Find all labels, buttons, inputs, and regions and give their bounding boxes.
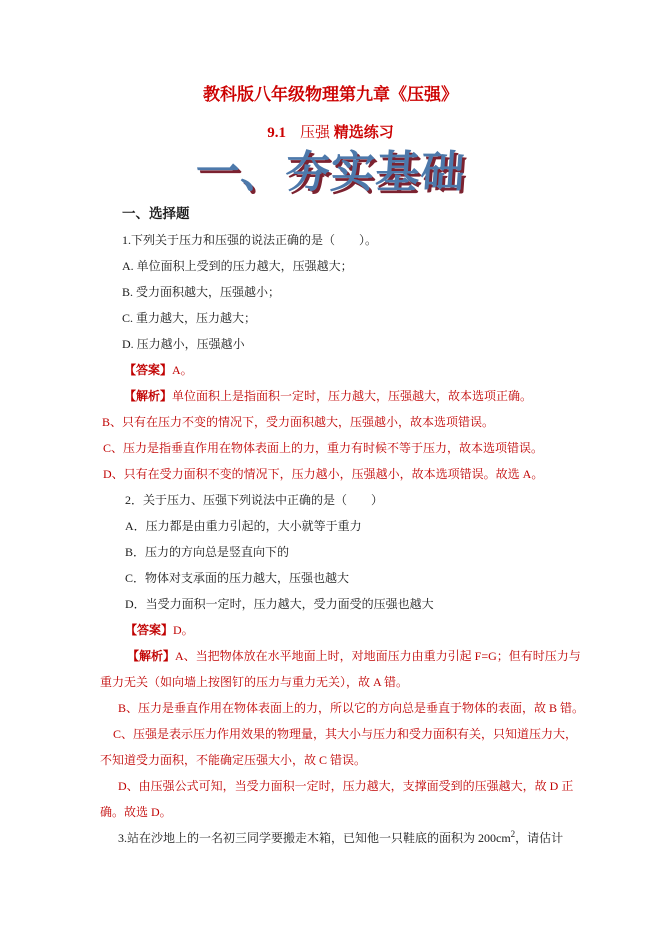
- analysis-2-b: B、压力是垂直作用在物体表面上的力，所以它的方向总是垂直于物体的表面，故 B 错…: [100, 695, 561, 721]
- subtitle-section-number: 9.1: [267, 125, 286, 141]
- text-segment: 2．关于压力、压强下列说法中正确的是（ ）: [125, 493, 383, 507]
- text-segment: D. 压力越小，压强越小: [122, 337, 245, 351]
- text-segment: 不知道受力面积，不能确定压强大小，故 C 错误。: [100, 753, 366, 767]
- text-segment: ，请估计: [515, 831, 563, 845]
- analysis-1-a: 【解析】单位面积上是指面积一定时，压力越大，压强越大，故本选项正确。: [100, 383, 561, 409]
- text-segment: B．压力的方向总是竖直向下的: [125, 545, 289, 559]
- question-2-option-a: A．压力都是由重力引起的，大小就等于重力: [100, 513, 561, 539]
- analysis-2-a-line-1: 【解析】A、当把物体放在水平地面上时，对地面压力由重力引起 F=G；但有时压力与: [100, 643, 561, 669]
- text-segment: A. 单位面积上受到的压力越大，压强越大；: [122, 259, 353, 273]
- subtitle-topic: 压强: [300, 125, 334, 141]
- text-segment: C、压强是表示压力作用效果的物理量，其大小与压力和受力面积有关，只知道压力大，: [113, 727, 577, 741]
- analysis-2-d-line-1: D、由压强公式可知，当受力面积一定时，压力越大，支撑面受到的压强越大，故 D 正: [100, 773, 561, 799]
- text-segment: 【答案】: [124, 363, 172, 377]
- text-segment: A、当把物体放在水平地面上时，对地面压力由重力引起 F=G；但有时压力与: [175, 649, 581, 663]
- text-segment: B. 受力面积越大，压强越小；: [122, 285, 280, 299]
- analysis-1-d: D、只有在受力面积不变的情况下，压力越小，压强越小，故本选项错误。故选 A。: [100, 461, 561, 487]
- text-segment: 【答案】: [125, 623, 173, 637]
- question-2-option-c: C．物体对支承面的压力越大，压强也越大: [100, 565, 561, 591]
- text-segment: 一、选择题: [122, 206, 190, 222]
- text-segment: D、只有在受力面积不变的情况下，压力越小，压强越小，故本选项错误。故选 A。: [103, 467, 543, 481]
- question-3: 3.站在沙地上的一名初三同学要搬走木箱，已知他一只鞋底的面积为 200cm2，请…: [100, 825, 561, 851]
- analysis-2-a-line-2: 重力无关（如向墙上按图钉的压力与重力无关），故 A 错。: [100, 669, 561, 695]
- text-segment: B、压力是垂直作用在物体表面上的力，所以它的方向总是垂直于物体的表面，故 B 错…: [118, 701, 584, 715]
- analysis-2-c-line-1: C、压强是表示压力作用效果的物理量，其大小与压力和受力面积有关，只知道压力大，: [100, 721, 561, 747]
- document-page: 教科版八年级物理第九章《压强》 9.1压强 精选练习 一、夯实基础 一、选择题1…: [0, 0, 661, 935]
- question-1-option-a: A. 单位面积上受到的压力越大，压强越大；: [100, 253, 561, 279]
- text-segment: 单位面积上是指面积一定时，压力越大，压强越大，故本选项正确。: [172, 389, 532, 403]
- answer-1: 【答案】A。: [100, 357, 561, 383]
- question-1: 1.下列关于压力和压强的说法正确的是（ ）。: [100, 227, 561, 253]
- question-1-option-d: D. 压力越小，压强越小: [100, 331, 561, 357]
- question-1-option-c: C. 重力越大，压力越大；: [100, 305, 561, 331]
- analysis-1-b: B、只有在压力不变的情况下，受力面积越大，压强越小，故本选项错误。: [100, 409, 561, 435]
- wordart-section-banner: 一、夯实基础: [98, 145, 563, 201]
- text-segment: C．物体对支承面的压力越大，压强也越大: [125, 571, 349, 585]
- text-segment: 【解析】: [127, 649, 175, 663]
- text-segment: C、压力是指垂直作用在物体表面上的力，重力有时候不等于压力，故本选项错误。: [103, 441, 543, 455]
- analysis-1-c: C、压力是指垂直作用在物体表面上的力，重力有时候不等于压力，故本选项错误。: [100, 435, 561, 461]
- text-segment: A．压力都是由重力引起的，大小就等于重力: [125, 519, 362, 533]
- question-2: 2．关于压力、压强下列说法中正确的是（ ）: [100, 487, 561, 513]
- text-segment: C. 重力越大，压力越大；: [122, 311, 256, 325]
- text-segment: 重力无关（如向墙上按图钉的压力与重力无关），故 A 错。: [100, 675, 408, 689]
- question-1-option-b: B. 受力面积越大，压强越小；: [100, 279, 561, 305]
- text-segment: D．当受力面积一定时，压力越大，受力面受的压强也越大: [125, 597, 434, 611]
- text-segment: B、只有在压力不变的情况下，受力面积越大，压强越小，故本选项错误。: [102, 415, 494, 429]
- answer-2: 【答案】D。: [100, 617, 561, 643]
- document-subtitle: 9.1压强 精选练习: [100, 123, 561, 143]
- text-segment: A。: [172, 363, 193, 377]
- section-heading-choice-questions: 一、选择题: [100, 201, 561, 227]
- text-segment: 确。故选 D。: [100, 805, 172, 819]
- question-2-option-d: D．当受力面积一定时，压力越大，受力面受的压强也越大: [100, 591, 561, 617]
- document-title: 教科版八年级物理第九章《压强》: [100, 84, 561, 106]
- analysis-2-c-line-2: 不知道受力面积，不能确定压强大小，故 C 错误。: [100, 747, 561, 773]
- text-segment: D、由压强公式可知，当受力面积一定时，压力越大，支撑面受到的压强越大，故 D 正: [118, 779, 573, 793]
- text-segment: D。: [173, 623, 194, 637]
- text-segment: 1.下列关于压力和压强的说法正确的是（ ）。: [122, 233, 377, 247]
- analysis-2-d-line-2: 确。故选 D。: [100, 799, 561, 825]
- question-2-option-b: B．压力的方向总是竖直向下的: [100, 539, 561, 565]
- text-segment: 3.站在沙地上的一名初三同学要搬走木箱，已知他一只鞋底的面积为 200cm: [118, 831, 511, 845]
- document-body: 一、选择题1.下列关于压力和压强的说法正确的是（ ）。A. 单位面积上受到的压力…: [100, 201, 561, 851]
- text-segment: 【解析】: [124, 389, 172, 403]
- subtitle-suffix: 精选练习: [334, 125, 394, 141]
